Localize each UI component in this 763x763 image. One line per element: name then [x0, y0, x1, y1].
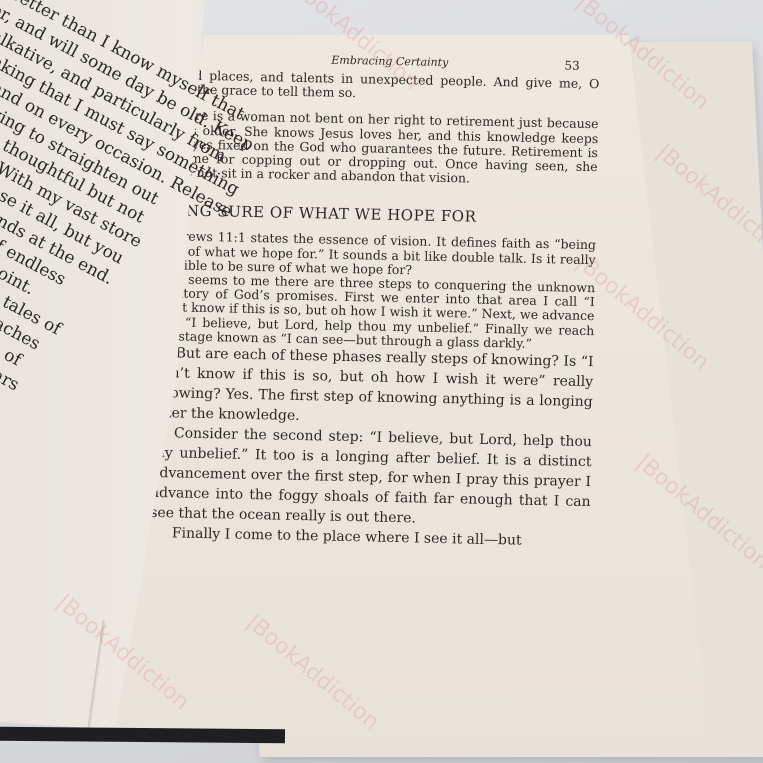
paragraph: It seems to me there are three steps to …	[154, 272, 595, 352]
page-number: 53	[564, 58, 580, 72]
paragraph: Consider the second step: “I believe, bu…	[150, 423, 592, 532]
paragraph: But are each of these phases really step…	[152, 343, 594, 432]
running-head-title: Embracing Certainty	[331, 54, 448, 69]
book-cover-edge	[0, 727, 285, 743]
